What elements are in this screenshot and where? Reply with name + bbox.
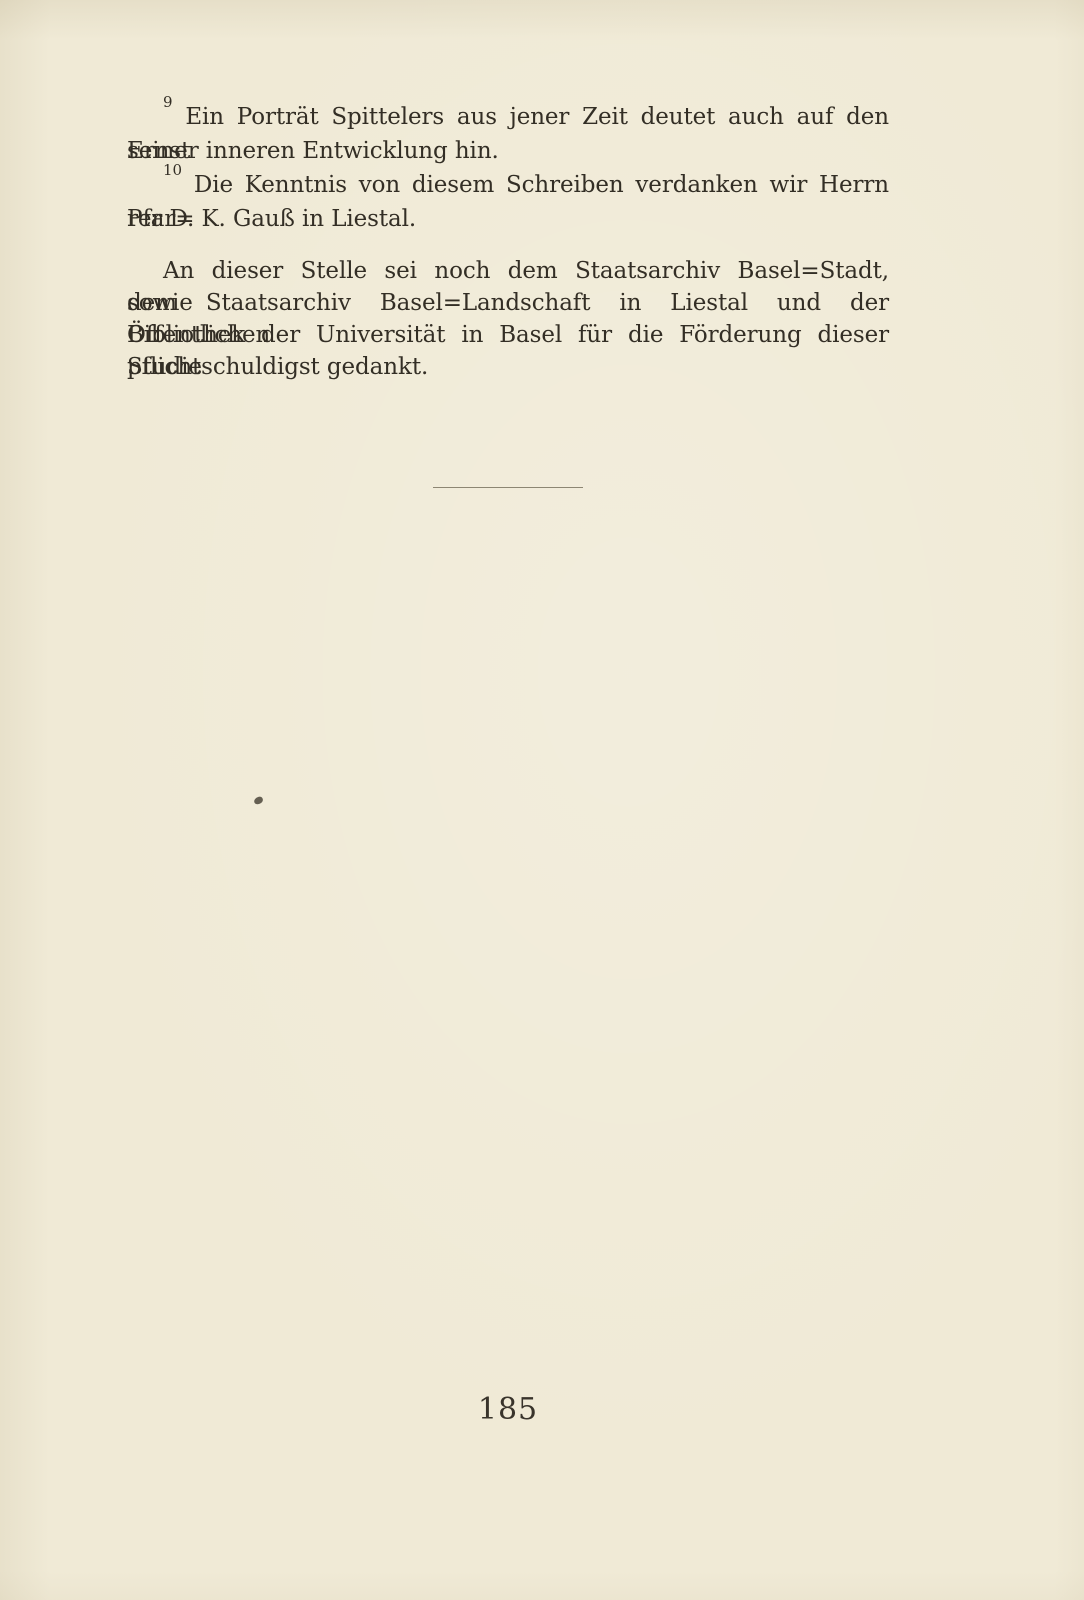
page-number: 185: [127, 1392, 889, 1427]
footnote-10-line-2: rer D. K. Gauß in Liestal.: [127, 202, 889, 236]
footnote-9: 9 Ein Porträt Spittelers aus jener Zeit …: [127, 100, 889, 168]
scanned-book-page: { "page": { "paper_color": "#f0ead6", "i…: [0, 0, 1084, 1600]
acknowledgment-paragraph: An dieser Stelle sei noch dem Staatsarch…: [127, 255, 889, 383]
first-line-indent: [127, 277, 163, 278]
footnote-9-marker: 9: [163, 93, 173, 111]
paragraph-text-4: pflichtschuldigst gedankt.: [127, 354, 428, 380]
footnote-10: 10 Die Kenntnis von diesem Schreiben ver…: [127, 168, 889, 236]
paragraph-line-3: Bibliothek der Universität in Basel für …: [127, 319, 889, 351]
footnote-9-line-2: seiner inneren Entwicklung hin.: [127, 134, 889, 168]
paragraph-line-2: dem Staatsarchiv Basel=Landschaft in Lie…: [127, 287, 889, 319]
section-divider: [433, 487, 583, 488]
ink-speck: [253, 796, 264, 805]
footnote-10-marker: 10: [163, 161, 182, 179]
footnote-9-line-1: 9 Ein Porträt Spittelers aus jener Zeit …: [127, 100, 889, 134]
text-block: 9 Ein Porträt Spittelers aus jener Zeit …: [127, 100, 889, 383]
footnote-10-text-2: rer D. K. Gauß in Liestal.: [127, 206, 416, 232]
paragraph-line-1: An dieser Stelle sei noch dem Staatsarch…: [127, 255, 889, 287]
footnote-10-line-1: 10 Die Kenntnis von diesem Schreiben ver…: [127, 168, 889, 202]
paragraph-line-4: pflichtschuldigst gedankt.: [127, 351, 889, 383]
footnote-9-text-2: seiner inneren Entwicklung hin.: [127, 138, 499, 164]
first-line-indent: [127, 191, 163, 192]
first-line-indent: [127, 123, 163, 124]
